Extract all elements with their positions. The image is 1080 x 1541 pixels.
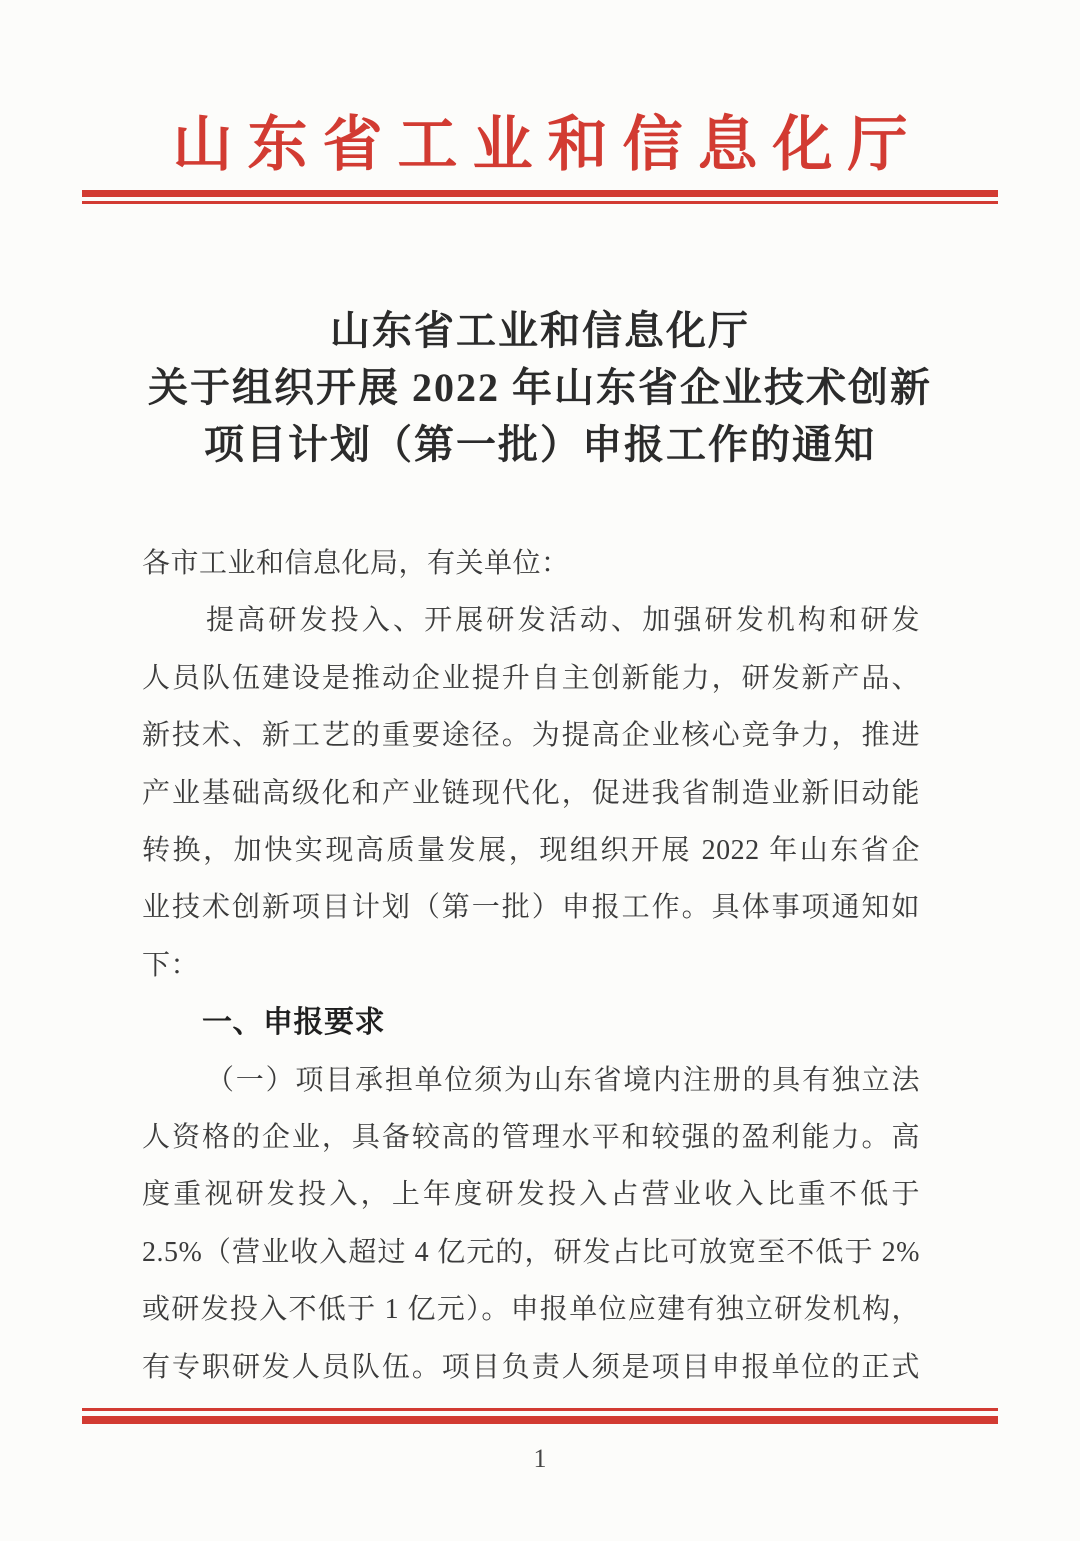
footer-rule-thin xyxy=(82,1408,998,1411)
paragraph-line: 业技术创新项目计划（第一批）申报工作。具体事项通知如 xyxy=(142,879,920,936)
letterhead-rule-thick xyxy=(82,190,998,197)
paragraph-line: 人员队伍建设是推动企业提升自主创新能力，研发新产品、 xyxy=(142,650,920,707)
paragraph-line: 或研发投入不低于 1 亿元）。申报单位应建有独立研发机构， xyxy=(142,1281,920,1338)
paragraph-line: 产业基础高级化和产业链现代化，促进我省制造业新旧动能 xyxy=(142,765,920,822)
paragraph-line: 提高研发投入、开展研发活动、加强研发机构和研发 xyxy=(142,592,920,649)
paragraph-line: 下： xyxy=(142,937,920,994)
document-title-line: 山东省工业和信息化厅 xyxy=(82,302,998,359)
document-title: 山东省工业和信息化厅 关于组织开展 2022 年山东省企业技术创新 项目计划（第… xyxy=(82,302,998,473)
paragraph-line: 人资格的企业，具备较高的管理水平和较强的盈利能力。高 xyxy=(142,1109,920,1166)
paragraph-line: 转换，加快实现高质量发展，现组织开展 2022 年山东省企 xyxy=(142,822,920,879)
document-title-line: 项目计划（第一批）申报工作的通知 xyxy=(82,416,998,473)
footer-rule-thick xyxy=(82,1416,998,1424)
salutation-line: 各市工业和信息化局，有关单位： xyxy=(142,535,920,592)
paragraph-line: 有专职研发人员队伍。项目负责人须是项目申报单位的正式 xyxy=(142,1339,920,1396)
paragraph-line: 新技术、新工艺的重要途径。为提高企业核心竞争力，推进 xyxy=(142,707,920,764)
letterhead-org-name: 山东省工业和信息化厅 xyxy=(0,106,1080,184)
document-page: 山东省工业和信息化厅 山东省工业和信息化厅 关于组织开展 2022 年山东省企业… xyxy=(0,0,1080,1541)
section-heading: 一、申报要求 xyxy=(142,994,920,1051)
paragraph-line: 2.5%（营业收入超过 4 亿元的，研发占比可放宽至不低于 2% xyxy=(142,1224,920,1281)
paragraph-line: （一）项目承担单位须为山东省境内注册的具有独立法 xyxy=(142,1052,920,1109)
page-number: 1 xyxy=(0,1444,1080,1474)
document-title-line: 关于组织开展 2022 年山东省企业技术创新 xyxy=(82,359,998,416)
letterhead-rule-thin xyxy=(82,201,998,204)
document-body: 各市工业和信息化局，有关单位： 提高研发投入、开展研发活动、加强研发机构和研发 … xyxy=(142,535,920,1396)
paragraph-line: 度重视研发投入，上年度研发投入占营业收入比重不低于 xyxy=(142,1166,920,1223)
